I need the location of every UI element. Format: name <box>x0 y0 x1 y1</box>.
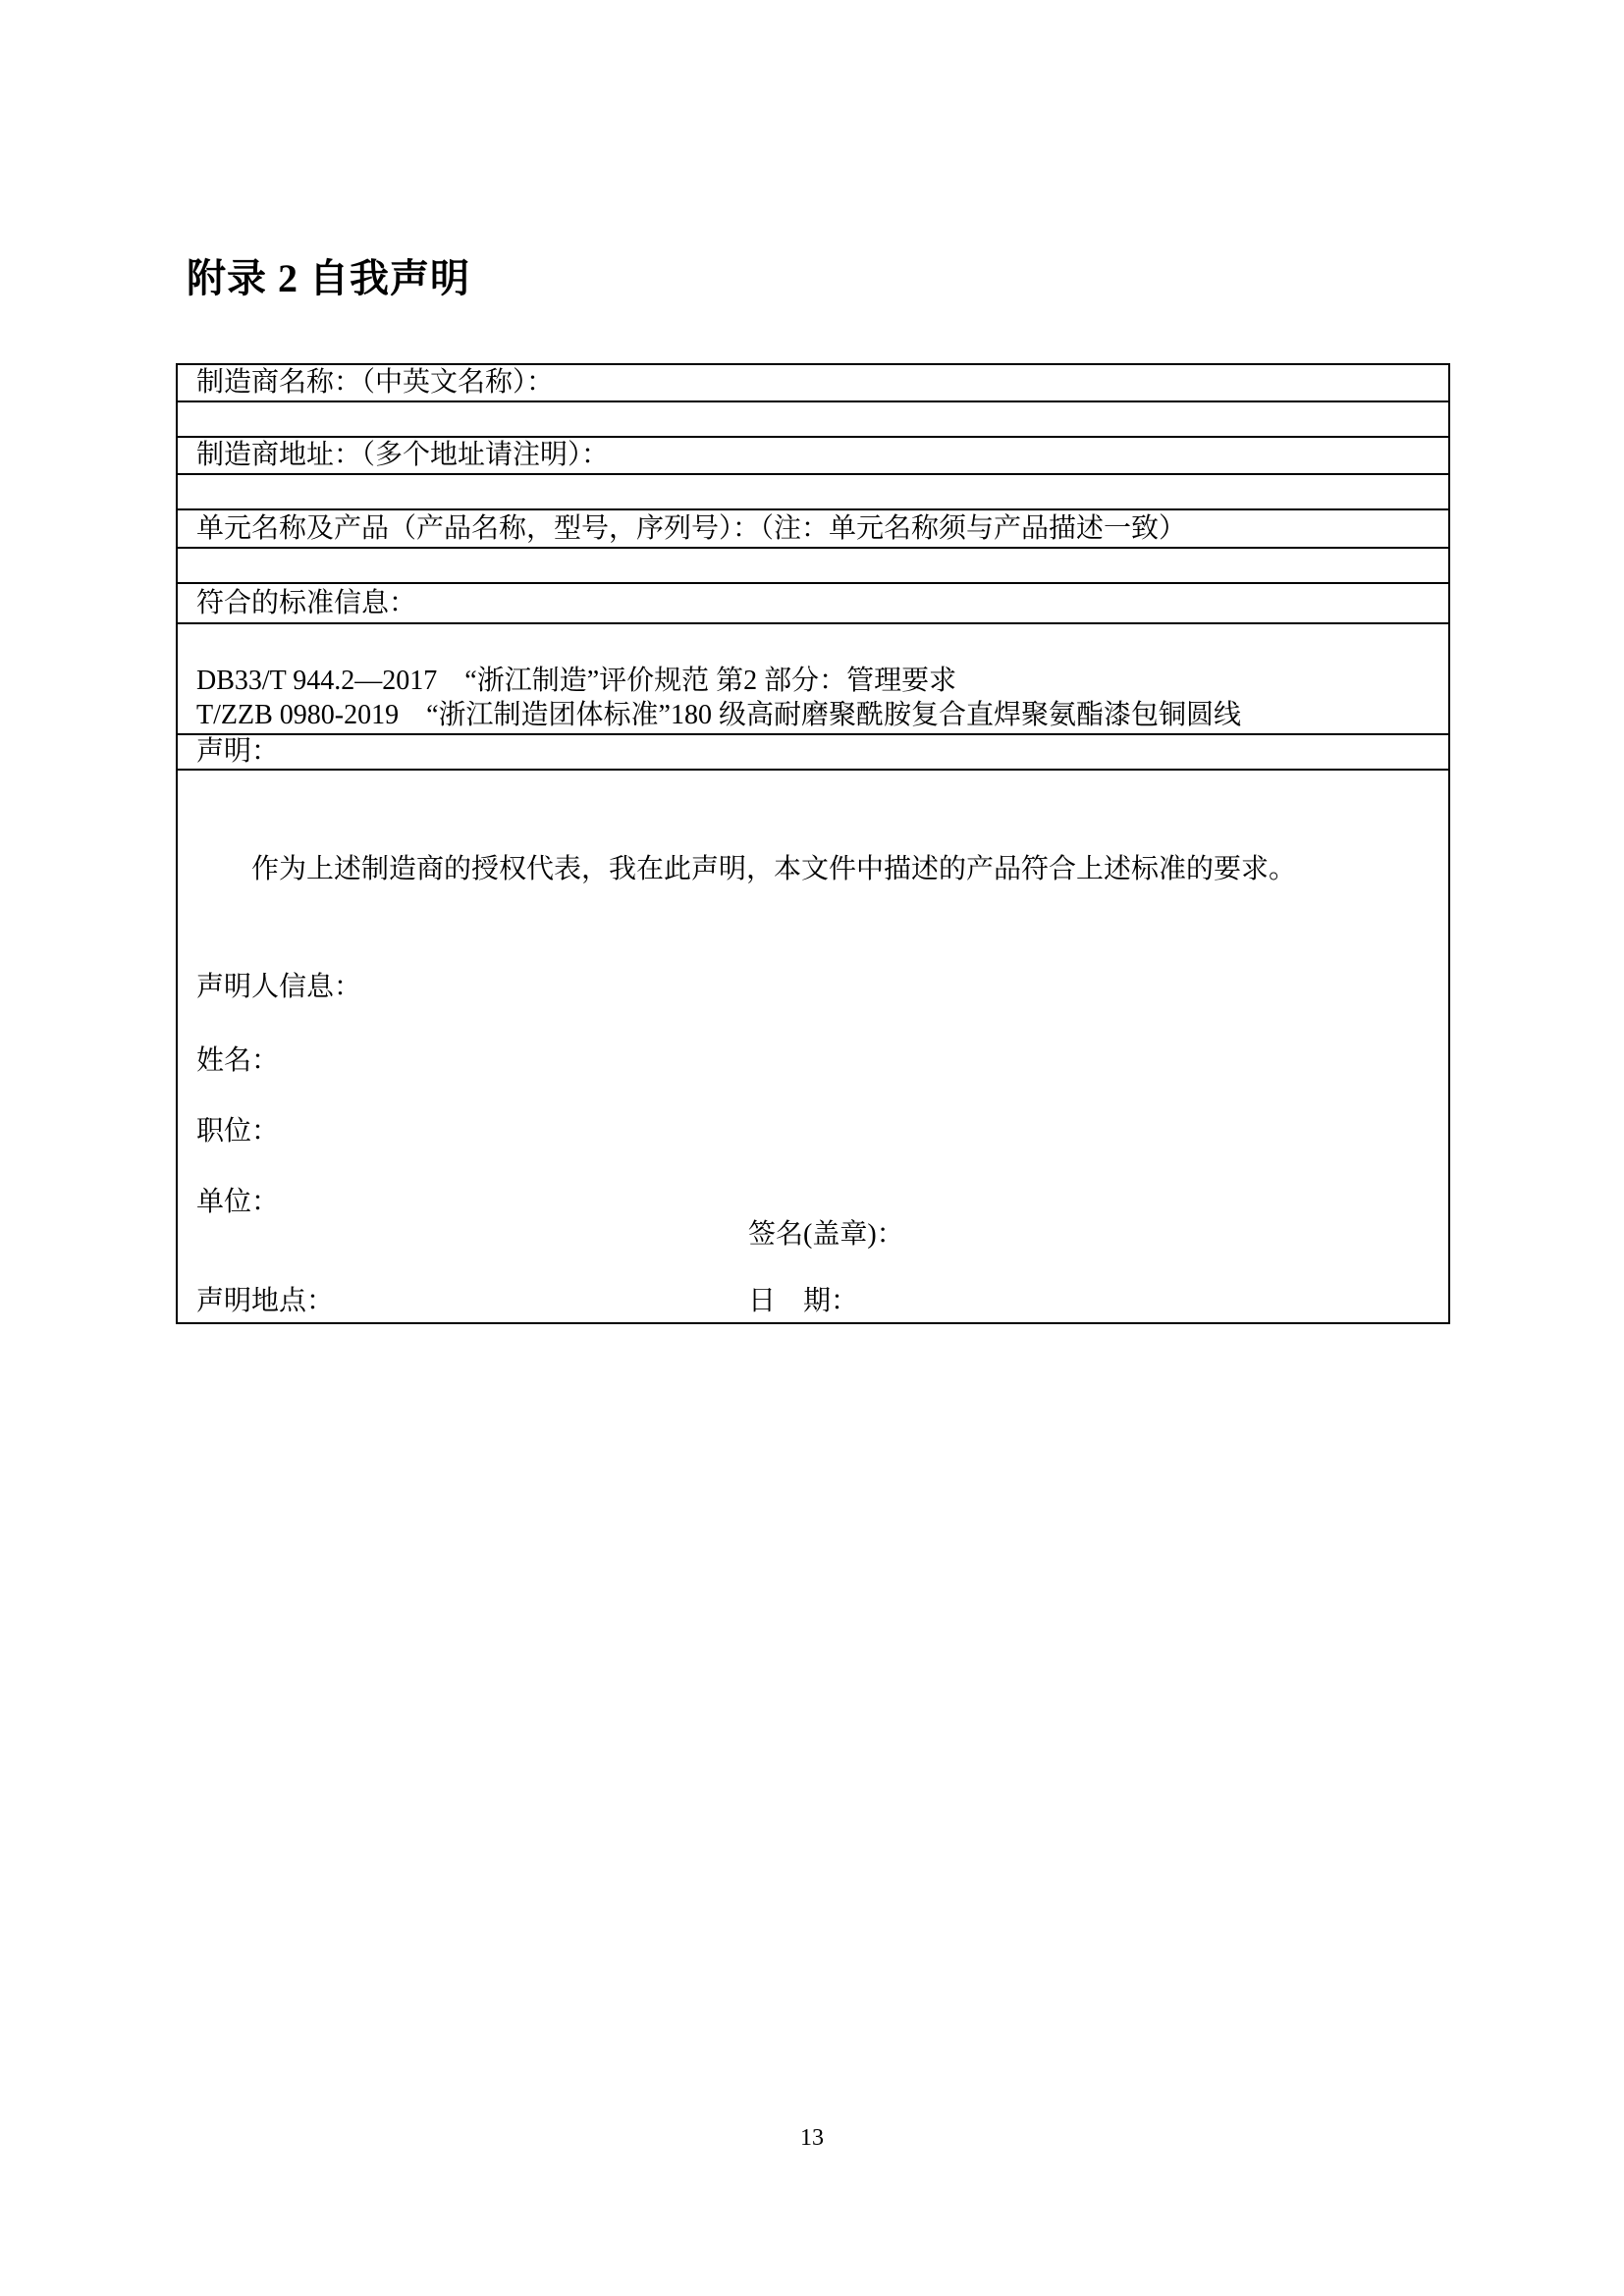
self-declaration-table: 制造商名称：（中英文名称）： 制造商地址：（多个地址请注明）： 单元名称及产品（… <box>176 363 1450 1324</box>
position-label: 职位： <box>196 1115 1430 1148</box>
name-label: 姓名： <box>196 1044 1430 1078</box>
standards-info-row: 符合的标准信息： <box>178 584 1448 624</box>
page-title: 附录 2 自我声明 <box>187 247 470 303</box>
signature-label: 签名(盖章)： <box>748 1218 904 1252</box>
declarant-info-label: 声明人信息： <box>196 971 1430 1004</box>
unit-products-entry-row <box>178 549 1448 584</box>
manufacturer-address-row: 制造商地址：（多个地址请注明）： <box>178 438 1448 475</box>
declaration-statement: 作为上述制造商的授权代表，我在此声明，本文件中描述的产品符合上述标准的要求。 <box>196 853 1430 886</box>
manufacturer-address-entry-row <box>178 475 1448 510</box>
manufacturer-name-entry-row <box>178 402 1448 438</box>
declaration-label: 声明： <box>196 738 279 766</box>
document-page: 附录 2 自我声明 制造商名称：（中英文名称）： 制造商地址：（多个地址请注明）… <box>0 0 1624 2296</box>
declaration-label-row: 声明： <box>178 735 1448 771</box>
manufacturer-address-label: 制造商地址：（多个地址请注明）： <box>196 442 609 469</box>
unit-label: 单位： <box>196 1186 1430 1219</box>
standards-list-row: DB33/T 944.2—2017 “浙江制造”评价规范 第2 部分：管理要求 … <box>178 624 1448 735</box>
standard-line-2: T/ZZB 0980-2019 “浙江制造团体标准”180 级高耐磨聚酰胺复合直… <box>196 698 1448 732</box>
declaration-body-row: 作为上述制造商的授权代表，我在此声明，本文件中描述的产品符合上述标准的要求。 声… <box>178 771 1448 1322</box>
unit-products-row: 单元名称及产品（产品名称，型号，序列号）：（注：单元名称须与产品描述一致） <box>178 510 1448 549</box>
date-label: 日 期： <box>748 1285 858 1318</box>
manufacturer-name-label: 制造商名称：（中英文名称）： <box>196 369 554 397</box>
standard-line-1: DB33/T 944.2—2017 “浙江制造”评价规范 第2 部分：管理要求 <box>196 664 1448 698</box>
manufacturer-name-row: 制造商名称：（中英文名称）： <box>178 365 1448 402</box>
standards-info-label: 符合的标准信息： <box>196 590 416 617</box>
unit-products-label: 单元名称及产品（产品名称，型号，序列号）：（注：单元名称须与产品描述一致） <box>196 515 1186 543</box>
page-number: 13 <box>0 2125 1624 2152</box>
